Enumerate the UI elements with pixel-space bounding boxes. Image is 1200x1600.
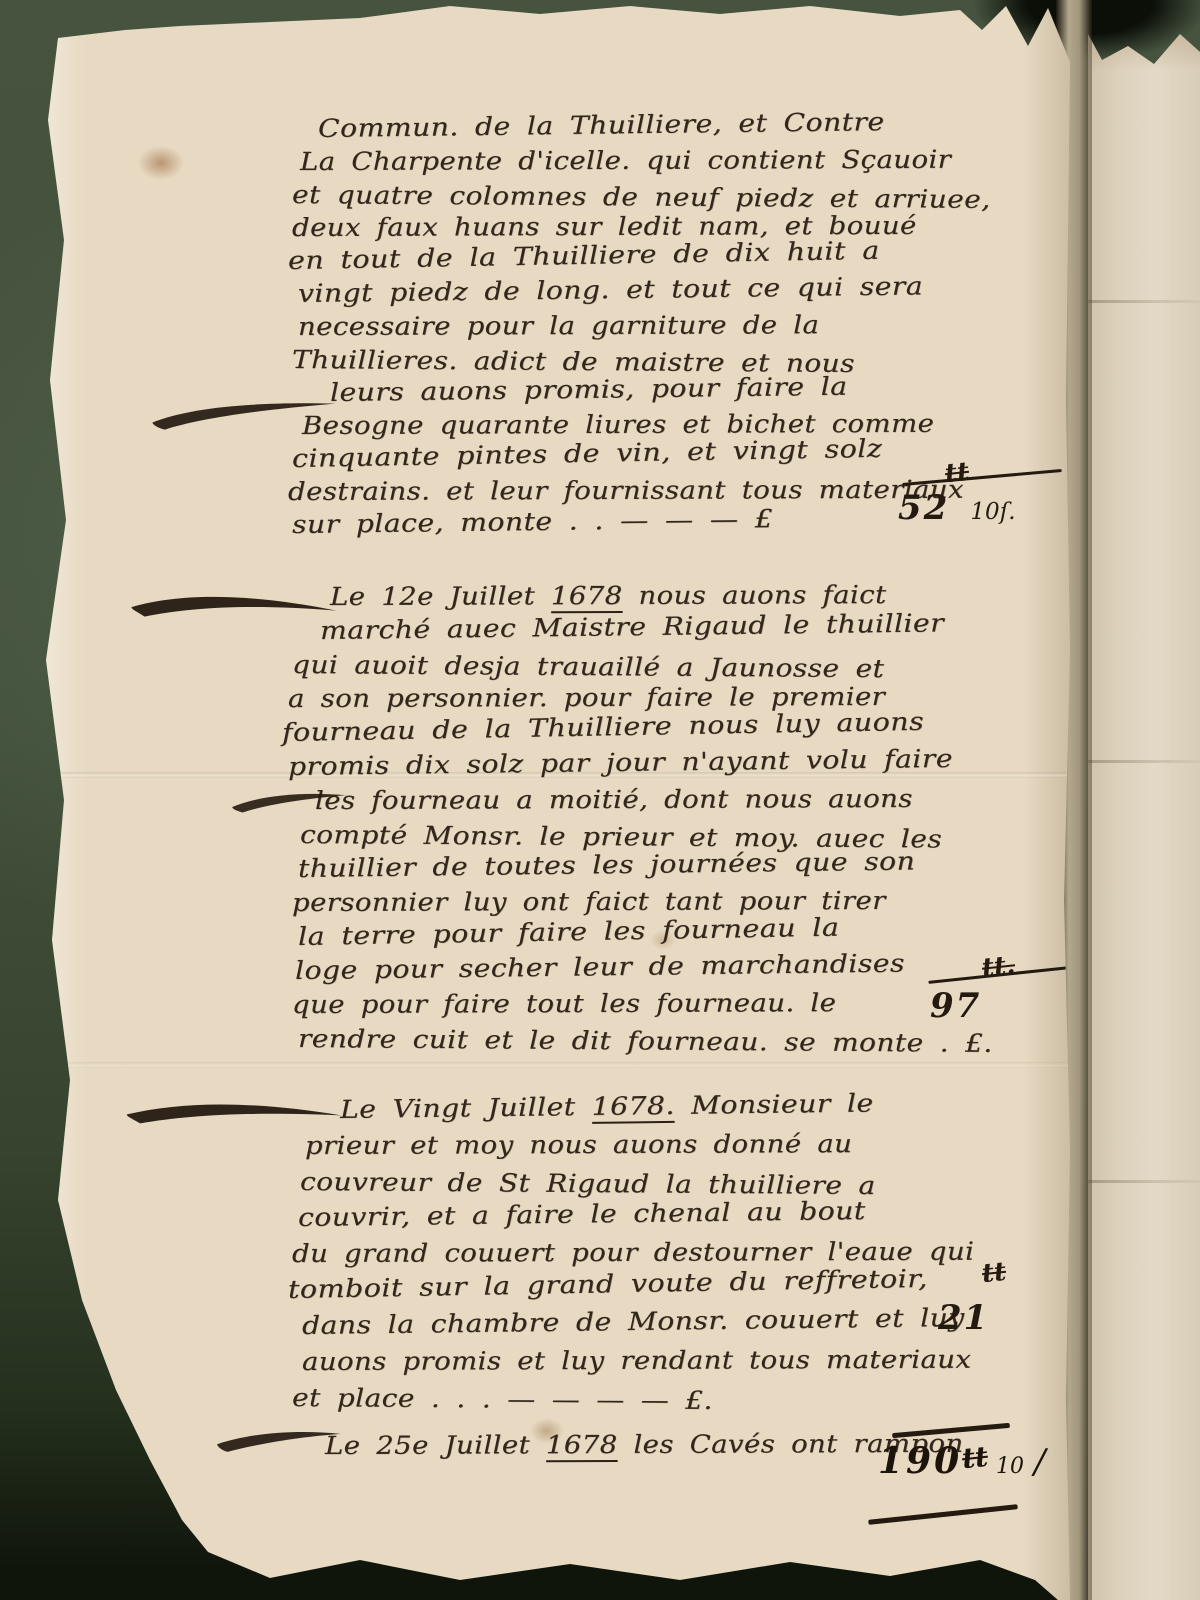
date-line-post: nous auons faict: [623, 580, 887, 610]
date-line-pre: Le Vingt Juillet: [340, 1092, 592, 1124]
manuscript-line-dated: Le Vingt Juillet 1678. Monsieur le: [340, 1082, 1182, 1128]
foxing-stain: [138, 146, 184, 180]
amount-3-livre-symbol: tt: [982, 1258, 1006, 1288]
manuscript-line: auons promis et luy rendant tous materia…: [302, 1341, 1163, 1380]
amount-1-sous: 10ſ.: [970, 499, 1015, 525]
paper-crease: [1088, 760, 1200, 763]
manuscript-sheet: Commun. de la Thuilliere, et Contre La C…: [30, 0, 1070, 1600]
flourish-swash: [215, 1426, 346, 1455]
paper-crease: [1088, 300, 1200, 303]
date-underlined: 1678.: [592, 1091, 676, 1124]
total-amount: 190tt10/: [878, 1440, 1046, 1482]
total-underline: [868, 1504, 1018, 1525]
manuscript-line: les fourneau a moitié, dont nous auons: [315, 781, 1162, 818]
entry-3: Le Vingt Juillet 1678. Monsieur le prieu…: [285, 1092, 1085, 1416]
manuscript-line: La Charpente d'icelle. qui contient Sçau…: [300, 142, 1164, 178]
date-line-pre: Le 25e Juillet: [325, 1430, 546, 1460]
paper-crease: [1088, 1180, 1200, 1183]
second-sheet: [1088, 0, 1200, 1600]
manuscript-line: Commun. de la Thuilliere, et Contre: [318, 101, 1185, 145]
date-underlined: 1678: [546, 1430, 618, 1462]
date-line-pre: Le 12e Juillet: [330, 581, 551, 611]
amount-3-livres: 21: [938, 1298, 989, 1338]
livre-tournois-symbol: tt: [943, 457, 970, 489]
amount-1-livres: 52: [898, 488, 949, 528]
livre-tournois-symbol: tt: [980, 1257, 1007, 1289]
livre-tournois-symbol: tt.: [981, 950, 1017, 983]
livre-tournois-symbol: tt: [961, 1440, 990, 1476]
total-slash: /: [1034, 1442, 1045, 1482]
amount-1-livre-symbol: tt: [945, 458, 969, 488]
total-livres: 190: [878, 1440, 962, 1482]
date-underlined: 1678: [551, 581, 623, 613]
manuscript-line: que pour faire tout les fourneau. le: [292, 985, 1164, 1022]
horizontal-fold: [30, 1062, 1070, 1068]
total-sous: 10: [996, 1454, 1024, 1479]
manuscript-line: necessaire pour la garniture de la: [298, 307, 1164, 343]
manuscript-line: prieur et moy nous auons donné au: [305, 1125, 1163, 1164]
manuscript-photo: Commun. de la Thuilliere, et Contre La C…: [0, 0, 1200, 1600]
manuscript-line: et place . . . — — — — £.: [292, 1380, 1180, 1422]
amount-3: 21: [938, 1298, 989, 1338]
amount-2: 97: [930, 986, 981, 1026]
date-line-post: Monsieur le: [675, 1088, 874, 1119]
manuscript-line: rendre cuit et le dit fourneau. se monte…: [298, 1022, 1180, 1062]
entry-2: Le 12e Juillet 1678 nous auons faict mar…: [285, 580, 1085, 1056]
amount-2-livres: 97: [930, 986, 981, 1026]
amount-1: 52 10ſ.: [898, 488, 1016, 528]
